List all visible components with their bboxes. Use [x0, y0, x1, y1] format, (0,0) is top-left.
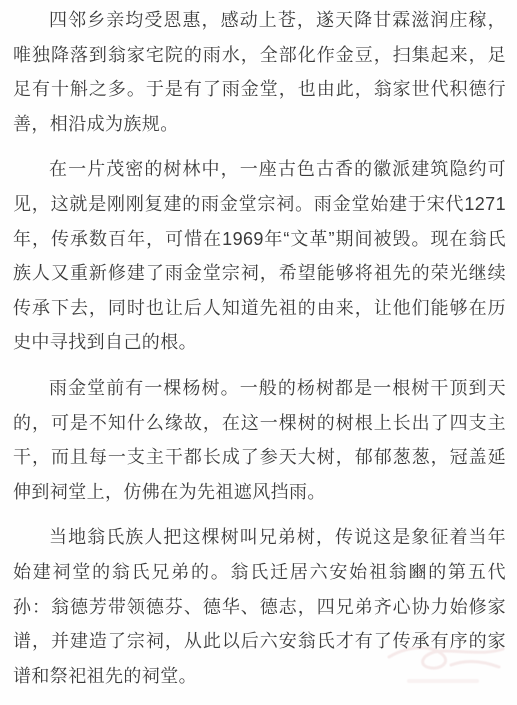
paragraph-poplar-tree: 雨金堂前有一棵杨树。一般的杨树都是一根树干顶到天的，可是不知什么缘故，在这一棵树…: [13, 371, 506, 509]
paragraph-ancestral-hall-history: 在一片茂密的树林中，一座古色古香的徽派建筑隐约可见，这就是刚刚复建的雨金堂宗祠。…: [13, 152, 506, 360]
paragraph-brother-tree-legend: 当地翁氏族人把这棵树叫兄弟树，传说这是象征着当年始建祠堂的翁氏兄弟的。翁氏迁居六…: [13, 520, 506, 693]
article-page: 四邻乡亲均受恩惠，感动上苍，遂天降甘霖滋润庄稼，唯独降落到翁家宅院的雨水，全部化…: [0, 0, 517, 705]
paragraph-rain-of-gold: 四邻乡亲均受恩惠，感动上苍，遂天降甘霖滋润庄稼，唯独降落到翁家宅院的雨水，全部化…: [13, 3, 506, 141]
